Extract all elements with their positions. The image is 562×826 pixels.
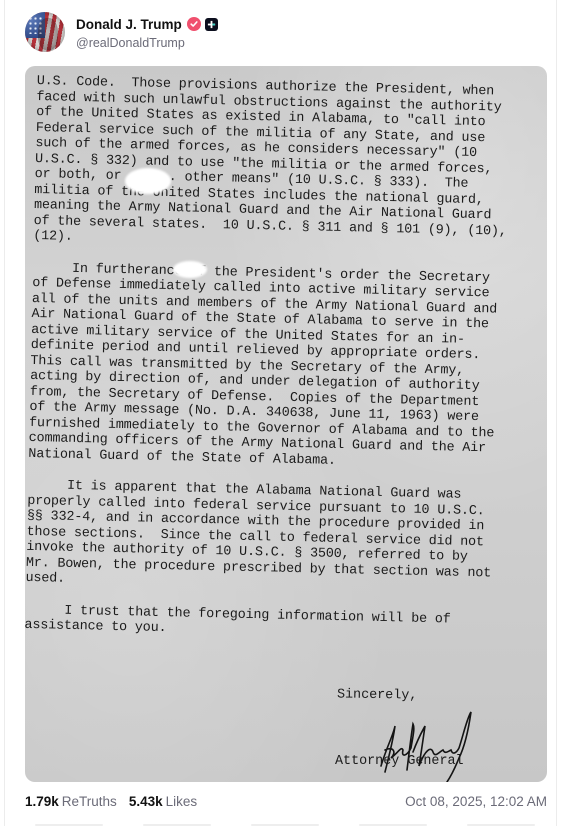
redaction-blob [125,168,171,194]
letter-body: U.S. Code. Those provisions authorize th… [25,74,547,645]
letter-closing: Sincerely, [337,687,418,703]
retruths-label: ReTruths [62,794,117,809]
name-row: Donald J. Trump [76,14,218,34]
post-timestamp[interactable]: Oct 08, 2025, 12:02 AM [405,794,547,809]
avatar[interactable] [25,12,65,52]
likes-count: 5.43k [129,794,163,809]
author-info: Donald J. Trump @realDonaldTrump [76,14,218,50]
author-display-name[interactable]: Donald J. Trump [76,17,182,32]
post-header: Donald J. Trump @realDonaldTrump [25,10,218,54]
post-card: Donald J. Trump @realDonaldTrump U.S. Co… [4,0,557,826]
author-handle[interactable]: @realDonaldTrump [76,36,218,50]
plus-badge-icon [205,18,218,31]
likes-stat[interactable]: 5.43k Likes [129,794,197,809]
post-image[interactable]: U.S. Code. Those provisions authorize th… [25,66,547,782]
signature [373,706,483,782]
redaction-blob [173,261,207,278]
signer-title: Attorney General [335,754,464,769]
verified-badge-icon [187,17,201,31]
retruths-count: 1.79k [25,794,59,809]
avatar-face [38,18,58,50]
likes-label: Likes [166,794,198,809]
post-footer: 1.79k ReTruths 5.43k Likes Oct 08, 2025,… [25,792,547,810]
retruths-stat[interactable]: 1.79k ReTruths [25,794,117,809]
